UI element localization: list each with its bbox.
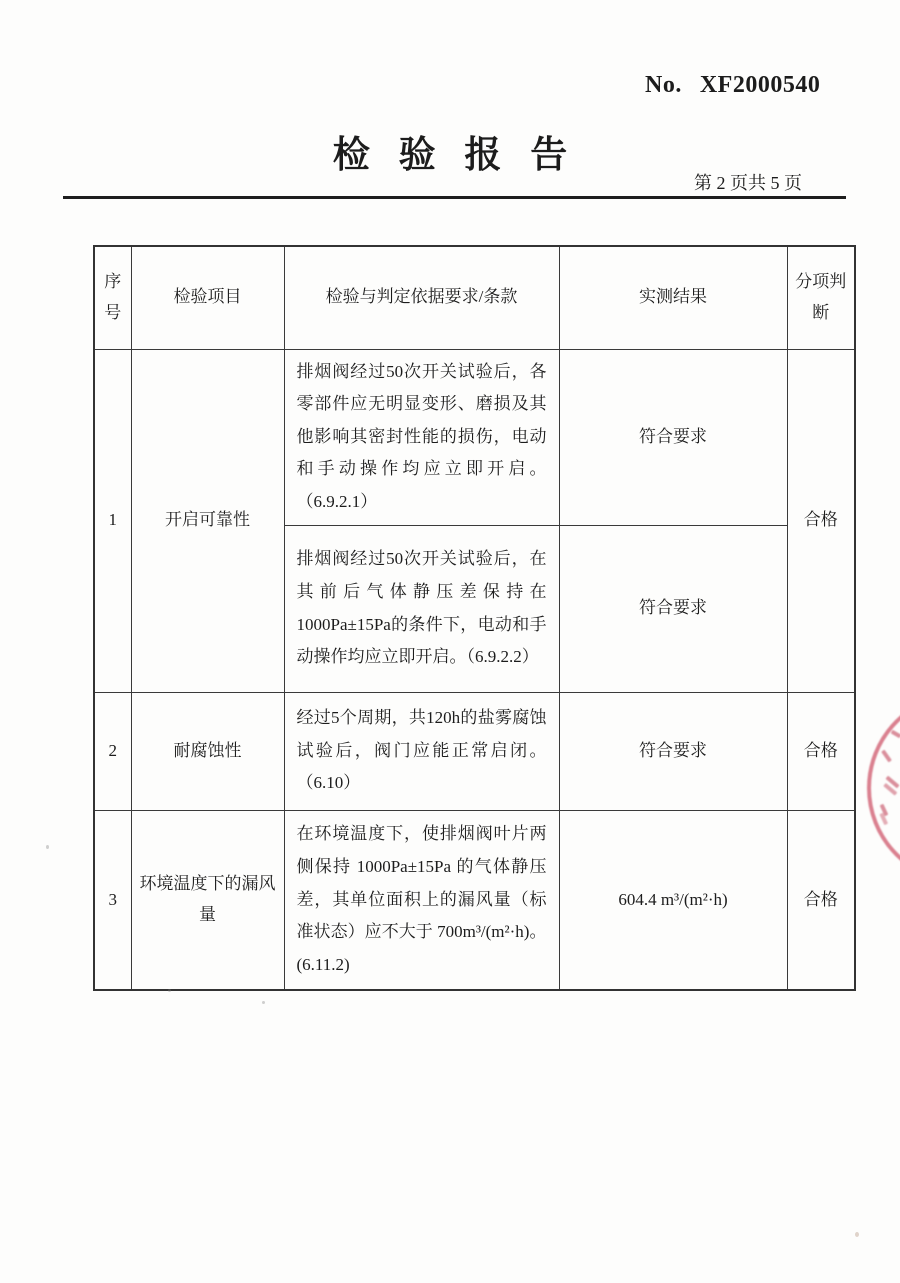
col-header-basis: 检验与判定依据要求/条款 [284,246,559,349]
cell-result-2: 符合要求 [559,692,787,810]
cell-result-1b: 符合要求 [559,525,787,692]
col-header-judgment: 分项判断 [787,246,855,349]
col-header-seq: 序号 [94,246,131,349]
header-divider [63,196,846,199]
scan-speck [168,989,171,992]
cell-result-3: 604.4 m³/(m²·h) [559,810,787,990]
cell-judgment-2: 合格 [787,692,855,810]
cell-seq-2: 2 [94,692,131,810]
report-page: No.XF2000540 检验报告 第 2 页共 5 页 序号 检验项目 检验与… [0,0,900,1283]
table-row-3: 3 环境温度下的漏风量 在环境温度下，使排烟阀叶片两侧保持 1000Pa±15P… [94,810,855,990]
cell-judgment-1: 合格 [787,349,855,692]
cell-item-3: 环境温度下的漏风量 [131,810,284,990]
cell-item-2: 耐腐蚀性 [131,692,284,810]
page-indicator: 第 2 页共 5 页 [694,169,802,195]
cell-clause-3: 在环境温度下，使排烟阀叶片两侧保持 1000Pa±15Pa 的气体静压差，其单位… [284,810,559,990]
report-number-label: No. [645,72,682,98]
cell-clause-1a: 排烟阀经过50次开关试验后，各零部件应无明显变形、磨损及其他影响其密封性能的损伤… [284,349,559,525]
cell-clause-1b: 排烟阀经过50次开关试验后，在其前后气体静压差保持在1000Pa±15Pa的条件… [284,525,559,692]
seal-mark [885,776,899,789]
inspection-table: 序号 检验项目 检验与判定依据要求/条款 实测结果 分项判断 1 开启可靠性 排… [93,245,856,991]
col-header-item: 检验项目 [131,246,284,349]
cell-result-1a: 符合要求 [559,349,787,525]
scan-speck [430,287,433,290]
cell-item-1: 开启可靠性 [131,349,284,692]
seal-mark [891,730,900,738]
red-seal-stamp [867,692,900,884]
cell-clause-2: 经过5个周期，共120h的盐雾腐蚀试验后，阀门应能正常启闭。（6.10） [284,692,559,810]
cell-seq-3: 3 [94,810,131,990]
cell-judgment-3: 合格 [787,810,855,990]
seal-mark [880,804,889,817]
col-header-result: 实测结果 [559,246,787,349]
table-header-row: 序号 检验项目 检验与判定依据要求/条款 实测结果 分项判断 [94,246,855,349]
scan-speck [855,1232,859,1237]
seal-mark [881,750,892,763]
report-number: No.XF2000540 [645,72,820,99]
table-row-1a: 1 开启可靠性 排烟阀经过50次开关试验后，各零部件应无明显变形、磨损及其他影响… [94,349,855,525]
cell-seq-1: 1 [94,349,131,692]
scan-speck [46,845,49,849]
scan-speck [262,1001,265,1004]
table-row-2: 2 耐腐蚀性 经过5个周期，共120h的盐雾腐蚀试验后，阀门应能正常启闭。（6.… [94,692,855,810]
report-number-value: XF2000540 [700,72,821,98]
